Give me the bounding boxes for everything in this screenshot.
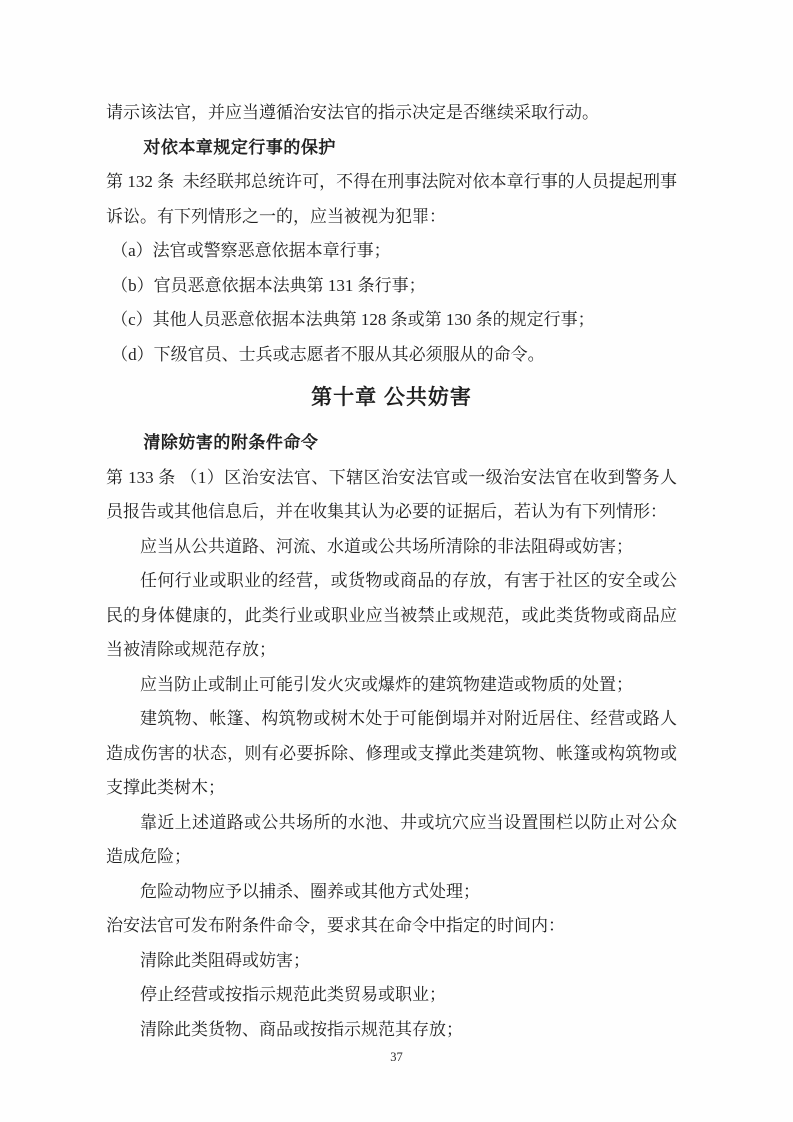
paragraph: 第 133 条 （1）区治安法官、下辖区治安法官或一级治安法官在收到警务人员报告…	[106, 461, 677, 530]
page-number: 37	[0, 1050, 793, 1065]
paragraph: （a）法官或警察恶意依据本章行事；	[106, 234, 677, 269]
document-page: 请示该法官，并应当遵循治安法官的指示决定是否继续采取行动。对依本章规定行事的保护…	[0, 0, 793, 1122]
paragraph: 清除此类阻碍或妨害；	[106, 944, 677, 979]
paragraph: 靠近上述道路或公共场所的水池、井或坑穴应当设置围栏以防止对公众造成危险；	[106, 806, 677, 875]
paragraph: 治安法官可发布附条件命令，要求其在命令中指定的时间内：	[106, 909, 677, 944]
paragraph: 任何行业或职业的经营，或货物或商品的存放，有害于社区的安全或公民的身体健康的，此…	[106, 564, 677, 668]
paragraph: 应当从公共道路、河流、水道或公共场所清除的非法阻碍或妨害；	[106, 530, 677, 565]
paragraph: 危险动物应予以捕杀、圈养或其他方式处理；	[106, 875, 677, 910]
paragraph: 清除此类货物、商品或按指示规范其存放；	[106, 1013, 677, 1048]
paragraph: 建筑物、帐篷、构筑物或树木处于可能倒塌并对附近居住、经营或路人造成伤害的状态，则…	[106, 702, 677, 806]
paragraph: 应当防止或制止可能引发火灾或爆炸的建筑物建造或物质的处置；	[106, 668, 677, 703]
paragraph: （b）官员恶意依据本法典第 131 条行事；	[106, 269, 677, 304]
paragraph: （d）下级官员、士兵或志愿者不服从其必须服从的命令。	[106, 338, 677, 373]
paragraph: 第 132 条 未经联邦总统许可，不得在刑事法院对依本章行事的人员提起刑事诉讼。…	[106, 165, 677, 234]
chapter-title: 第十章 公共妨害	[106, 378, 677, 418]
section-heading: 清除妨害的附条件命令	[106, 426, 677, 461]
paragraph: 停止经营或按指示规范此类贸易或职业；	[106, 978, 677, 1013]
section-heading: 对依本章规定行事的保护	[106, 131, 677, 166]
paragraph: （c）其他人员恶意依据本法典第 128 条或第 130 条的规定行事；	[106, 303, 677, 338]
page-content: 请示该法官，并应当遵循治安法官的指示决定是否继续采取行动。对依本章规定行事的保护…	[106, 96, 677, 1047]
paragraph: 请示该法官，并应当遵循治安法官的指示决定是否继续采取行动。	[106, 96, 677, 131]
